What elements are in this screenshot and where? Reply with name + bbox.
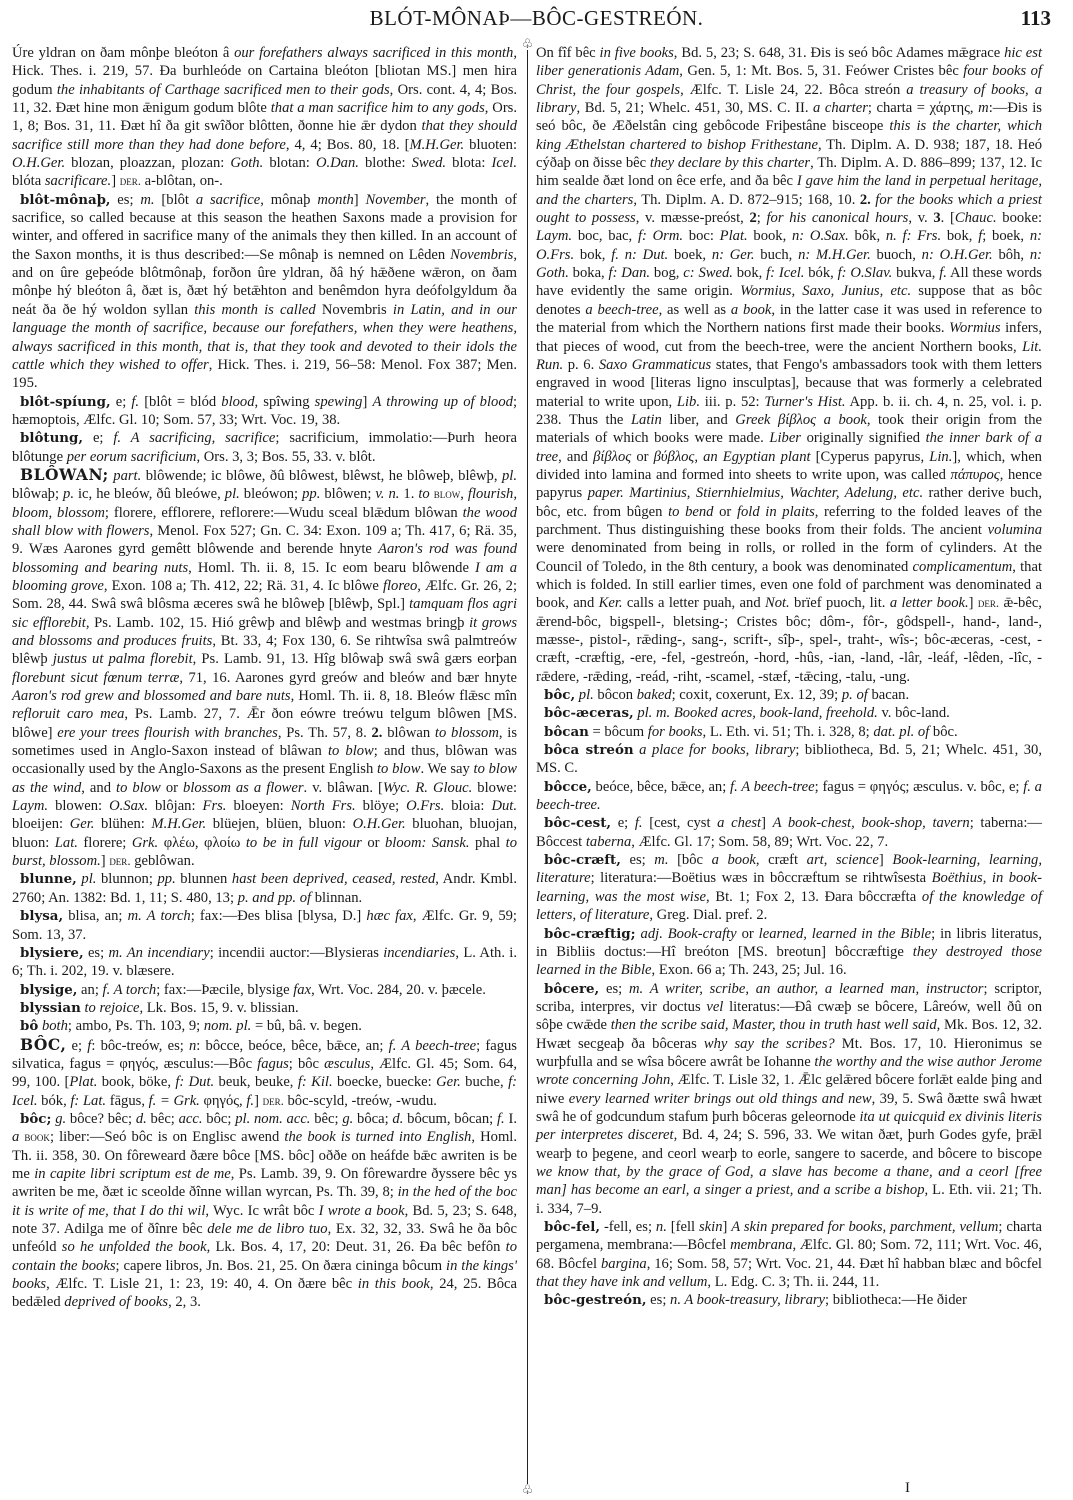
- small-caps-label: book: [24, 1129, 50, 1144]
- italic-gloss: volumina: [988, 522, 1042, 538]
- italic-gloss: Novembris: [450, 247, 513, 263]
- italic-gloss: Latin: [631, 412, 662, 428]
- italic-gloss: m. A writer, scribe, an author, a learne…: [629, 981, 983, 997]
- italic-gloss: pl. nom. acc.: [235, 1111, 310, 1127]
- italic-gloss: that they have ink and vellum: [536, 1274, 707, 1290]
- italic-gloss: a charter: [813, 100, 868, 116]
- italic-gloss: to bend: [668, 504, 713, 520]
- small-caps-label: der.: [978, 595, 999, 610]
- italic-gloss: refloruit caro mea: [12, 706, 124, 722]
- italic-gloss: n. f: Frs.: [886, 228, 941, 244]
- italic-gloss: f. = Grk.: [149, 1093, 200, 1109]
- italic-gloss: M.H.Ger.: [409, 137, 464, 153]
- italic-gloss: c: Swed.: [683, 265, 733, 281]
- italic-gloss: æsculus: [324, 1056, 370, 1072]
- italic-gloss: membrana: [730, 1237, 792, 1253]
- headword: BLÔWAN;: [20, 465, 109, 484]
- italic-gloss: sacrificare.: [45, 173, 111, 189]
- italic-gloss: f: [87, 1038, 91, 1054]
- dictionary-entry: blôtung, e; f. A sacrificing, sacrifice;…: [12, 429, 517, 466]
- italic-gloss: our forefathers always sacrificed in thi…: [234, 45, 513, 61]
- small-caps-label: blow: [434, 486, 461, 501]
- sense-number: 3: [933, 210, 940, 226]
- dictionary-entry: blysige, an; f. A torch; fax:—Þæcile, bl…: [12, 981, 517, 999]
- italic-gloss: d.: [392, 1111, 403, 1127]
- italic-gloss: North Frs.: [291, 798, 356, 814]
- italic-gloss: p. of: [842, 687, 868, 703]
- dictionary-entry: blôt-spíung, e; f. [blôt = blód blood, s…: [12, 393, 517, 430]
- italic-gloss: adj. Book-crafty: [641, 926, 737, 942]
- headword: bôcan: [544, 724, 589, 740]
- headword: bôc-cræftig;: [544, 926, 636, 942]
- italic-gloss: f. A torch: [103, 982, 157, 998]
- italic-gloss: fax: [293, 982, 311, 998]
- headword: blôtung,: [20, 430, 83, 446]
- italic-gloss: Ker.: [599, 595, 623, 611]
- dictionary-entry: bôcce, beóce, bêce, bǣce, an; f. A beech…: [536, 778, 1042, 815]
- italic-gloss: to blow: [377, 761, 420, 777]
- italic-gloss: Greek βίβλος a book: [735, 412, 867, 428]
- italic-gloss: they declare by this charter: [650, 155, 810, 171]
- italic-gloss: we know that, by the grace of God, a sla…: [536, 1164, 1042, 1198]
- italic-gloss: βύβλος, an Egyptian plant: [654, 449, 811, 465]
- italic-gloss: a letter book.: [890, 595, 969, 611]
- italic-gloss: m.: [654, 852, 668, 868]
- italic-gloss: Lat.: [55, 835, 78, 851]
- italic-gloss: d.: [136, 1111, 147, 1127]
- italic-gloss: hæc fax: [366, 908, 412, 924]
- italic-gloss: pp.: [157, 871, 175, 887]
- headword: bôcere,: [544, 981, 599, 997]
- column-divider: [527, 50, 528, 1484]
- italic-gloss: part.: [113, 468, 141, 484]
- italic-gloss: the worthy and the wise author Jerome wr…: [536, 1054, 1042, 1088]
- italic-gloss: A skin prepared for books, parchment, ve…: [731, 1219, 998, 1235]
- continued-entry: On fîf bêc in five books, Bd. 5, 23; S. …: [536, 44, 1042, 686]
- italic-gloss: so he unfolded the book: [62, 1239, 207, 1255]
- continued-entry: Úre yldran on ðam mônþe bleóton â our fo…: [12, 44, 517, 191]
- italic-gloss: to blow: [328, 743, 374, 759]
- italic-gloss: in five books: [600, 45, 674, 61]
- italic-gloss: Lin.: [929, 449, 952, 465]
- headword: bôc-æceras,: [544, 705, 634, 721]
- italic-gloss: ita ut quicquid ex divinis literis per i…: [536, 1109, 1042, 1143]
- italic-gloss: to be in full vigour: [246, 835, 362, 851]
- italic-gloss: f: Dut.: [175, 1074, 214, 1090]
- italic-gloss: per eorum sacrificium: [67, 449, 197, 465]
- dictionary-entry: bôc-cest, e; f. [cest, cyst a chest] A b…: [536, 814, 1042, 851]
- italic-gloss: Lib.: [677, 394, 700, 410]
- italic-gloss: Plat.: [69, 1074, 97, 1090]
- headword: blysa,: [20, 908, 63, 924]
- headword: blôt-spíung,: [20, 394, 111, 410]
- dictionary-entry: bôc-æceras, pl. m. Booked acres, book-la…: [536, 704, 1042, 722]
- headword: bô: [20, 1018, 38, 1034]
- italic-gloss: floreo: [383, 578, 417, 594]
- italic-gloss: in capite libri scriptum est de me: [34, 1166, 231, 1182]
- sense-number: 2.: [371, 725, 382, 741]
- headword: BÔC,: [20, 1035, 66, 1054]
- italic-gloss: acc.: [179, 1111, 203, 1127]
- headword: bôc-cest,: [544, 815, 611, 831]
- italic-gloss: to blow: [116, 780, 161, 796]
- ornament-bottom-icon: ♧: [519, 1483, 536, 1496]
- italic-gloss: taberna: [586, 834, 631, 850]
- italic-gloss: Aaron's rod was found blossoming and bea…: [12, 541, 517, 575]
- dictionary-entry: blyssian to rejoice, Lk. Bos. 15, 9. v. …: [12, 999, 517, 1017]
- italic-gloss: A book-chest, book-shop, tavern: [773, 815, 970, 831]
- italic-gloss: a book: [731, 302, 771, 318]
- italic-gloss: m: [978, 100, 989, 116]
- dictionary-entry: bô both; ambo, Ps. Th. 103, 9; nom. pl. …: [12, 1017, 517, 1035]
- italic-gloss: f.: [131, 394, 139, 410]
- italic-gloss: Laym.: [12, 798, 48, 814]
- italic-gloss: n. A book-treasury, library: [670, 1292, 825, 1308]
- ornament-top-icon: ♧: [519, 37, 536, 50]
- italic-gloss: Ger.: [436, 1074, 461, 1090]
- small-caps-label: der.: [109, 853, 130, 868]
- italic-gloss: n: Ger.: [712, 247, 755, 263]
- italic-gloss: Frs.: [203, 798, 227, 814]
- italic-gloss: this month is called: [194, 302, 316, 318]
- italic-gloss: f.: [246, 1093, 254, 1109]
- italic-gloss: f: Orm.: [638, 228, 683, 244]
- italic-gloss: a beech-tree: [585, 302, 658, 318]
- italic-gloss: a place for books, library: [639, 742, 795, 758]
- italic-gloss: f.: [497, 1111, 505, 1127]
- headword: bôca streón: [544, 742, 634, 758]
- italic-gloss: Laym.: [536, 228, 572, 244]
- italic-gloss: the inhabitants of Carthage sacrificed m…: [57, 82, 390, 98]
- italic-gloss: Liber: [769, 430, 801, 446]
- italic-gloss: f. A sacrificing, sacrifice: [113, 430, 275, 446]
- dictionary-entry: bôc; g. bôce? bêc; d. bêc; acc. bôc; pl.…: [12, 1110, 517, 1312]
- italic-gloss: n: [189, 1038, 196, 1054]
- italic-gloss: f: [978, 228, 982, 244]
- signature-mark: I: [905, 1480, 910, 1497]
- italic-gloss: f. A beech-tree: [389, 1038, 477, 1054]
- italic-gloss: Wormius: [949, 320, 1000, 336]
- italic-gloss: for books: [648, 724, 703, 740]
- headword: bôc-cræft,: [544, 852, 621, 868]
- italic-gloss: n.: [656, 1219, 667, 1235]
- italic-gloss: Wyc. R. Glouc.: [383, 780, 472, 796]
- italic-gloss: pl.: [81, 871, 96, 887]
- italic-gloss: A throwing up of blood: [372, 394, 512, 410]
- italic-gloss: baked: [637, 687, 672, 703]
- dictionary-entry: bôc-gestreón, es; n. A book-treasury, li…: [536, 1291, 1042, 1309]
- italic-gloss: November: [366, 192, 426, 208]
- italic-gloss: Turner's Hist.: [764, 394, 845, 410]
- dictionary-entry: BÔC, e; f: bôc-treów, es; n: bôcce, beóc…: [12, 1036, 517, 1110]
- italic-gloss: that a man sacrifice him to any gods: [271, 100, 485, 116]
- italic-gloss: f: Kil.: [298, 1074, 333, 1090]
- italic-gloss: blossom as a flower: [183, 780, 304, 796]
- dictionary-entry: blysiere, es; m. An incendiary; incendii…: [12, 944, 517, 981]
- italic-gloss: Swed.: [412, 155, 446, 171]
- italic-gloss: O.H.Ger.: [12, 155, 65, 171]
- italic-gloss: Not.: [765, 595, 790, 611]
- dictionary-entry: blunne, pl. blunnon; pp. blunnen hast be…: [12, 870, 517, 907]
- right-column: On fîf bêc in five books, Bd. 5, 23; S. …: [536, 44, 1042, 1310]
- italic-gloss: f: Icel.: [766, 265, 804, 281]
- italic-gloss: incendiaries: [383, 945, 455, 961]
- entry-list: bôc, pl. bôcon baked; coxit, coxerunt, E…: [536, 686, 1042, 1310]
- dictionary-entry: bôc-cræftig; adj. Book-crafty or learned…: [536, 925, 1042, 980]
- italic-gloss: a book: [712, 852, 756, 868]
- italic-gloss: this is the charter, which king Æthelsta…: [536, 118, 1042, 152]
- italic-gloss: f: Lat.: [70, 1093, 106, 1109]
- italic-gloss: bargina: [601, 1256, 647, 1272]
- sense-number: 2.: [860, 192, 871, 208]
- italic-gloss: f. n: Dut.: [611, 247, 668, 263]
- italic-gloss: dele me de libro tuo: [207, 1221, 327, 1237]
- italic-gloss: m. An incendiary: [109, 945, 210, 961]
- italic-gloss: pl.: [225, 486, 240, 502]
- italic-gloss: p. and pp. of: [238, 890, 311, 906]
- italic-gloss: Saxo Grammaticus: [599, 357, 711, 373]
- italic-gloss: Grk.: [132, 835, 158, 851]
- running-head: BLÓT-MÔNAÞ—BÔC-GESTREÓN.: [0, 6, 1073, 31]
- italic-gloss: both: [42, 1018, 68, 1034]
- italic-gloss: a: [12, 1129, 24, 1145]
- italic-gloss: pl.: [579, 687, 594, 703]
- italic-gloss: why say the scribes?: [704, 1036, 835, 1052]
- italic-gloss: n: M.H.Ger.: [798, 247, 871, 263]
- italic-gloss: it grows and blossoms and produces fruit…: [12, 615, 517, 649]
- italic-gloss: deprived of books: [64, 1294, 168, 1310]
- italic-gloss: v. n.: [375, 486, 399, 502]
- italic-gloss: a sacrifice: [196, 192, 260, 208]
- dictionary-entry: blysa, blisa, an; m. A torch; fax:—Ðes b…: [12, 907, 517, 944]
- italic-gloss: f.: [939, 265, 947, 281]
- italic-gloss: in the hed of the boc it is write of me,…: [12, 1184, 517, 1218]
- italic-gloss: a chest: [717, 815, 761, 831]
- headword: bôcce,: [544, 779, 592, 795]
- italic-gloss: art, science: [807, 852, 879, 868]
- headword: bôc-fel,: [544, 1219, 600, 1235]
- small-caps-label: der.: [120, 173, 141, 188]
- italic-gloss: bloom: Sansk.: [385, 835, 470, 851]
- headword: blunne,: [20, 871, 77, 887]
- italic-gloss: n: O.H.Ger.: [922, 247, 993, 263]
- headword: blysige,: [20, 982, 77, 998]
- italic-gloss: pl.: [502, 468, 517, 484]
- dictionary-entry: blôt-mônaþ, es; m. [blôt a sacrifice, mô…: [12, 191, 517, 393]
- italic-gloss: for his canonical hours: [767, 210, 909, 226]
- italic-gloss: O.H.Ger.: [353, 816, 406, 832]
- italic-gloss: n: O.Sax.: [792, 228, 849, 244]
- dictionary-entry: bôcere, es; m. A writer, scribe, an auth…: [536, 980, 1042, 1218]
- headword: blysiere,: [20, 945, 84, 961]
- italic-gloss: ere your trees flourish with branches: [57, 725, 278, 741]
- italic-gloss: in this book: [358, 1276, 430, 1292]
- italic-gloss: M.H.Ger.: [151, 816, 206, 832]
- italic-gloss: Plat.: [720, 228, 748, 244]
- italic-gloss: dat. pl. of: [873, 724, 929, 740]
- headword: bôc-gestreón,: [544, 1292, 647, 1308]
- dictionary-entry: BLÔWAN; part. blôwende; ic blôwe, ðû blô…: [12, 466, 517, 871]
- italic-gloss: learned, learned in the Bible: [759, 926, 931, 942]
- italic-gloss: paper. Martinius, Stiernhielmius, Wachte…: [588, 485, 923, 501]
- dictionary-entry: bôc, pl. bôcon baked; coxit, coxerunt, E…: [536, 686, 1042, 704]
- dictionary-entry: bôca streón a place for books, library; …: [536, 741, 1042, 778]
- italic-gloss: complicamentum: [913, 559, 1013, 575]
- italic-gloss: to rejoice: [84, 1000, 139, 1016]
- italic-gloss: O.Dan.: [316, 155, 359, 171]
- dictionary-entry: bôc-fel, -fell, es; n. [fell skin] A ski…: [536, 1218, 1042, 1291]
- italic-gloss: Aaron's rod grew and blossomed and bare …: [12, 688, 291, 704]
- dictionary-entry: bôc-cræft, es; m. [bôc a book, cræft art…: [536, 851, 1042, 924]
- italic-gloss: O.Sax.: [109, 798, 148, 814]
- italic-gloss: f.: [635, 815, 643, 831]
- headword: bôc,: [544, 687, 575, 703]
- headword: bôc;: [20, 1111, 51, 1127]
- headword: blôt-mônaþ,: [20, 192, 110, 208]
- italic-gloss: βίβλος: [593, 449, 631, 465]
- italic-gloss: to blossom: [435, 725, 499, 741]
- italic-gloss: pp.: [302, 486, 320, 502]
- italic-gloss: Chauc.: [955, 210, 997, 226]
- italic-gloss: vel: [706, 999, 723, 1015]
- sense-number: 2: [749, 210, 756, 226]
- italic-gloss: florebunt sicut fœnum terræ: [12, 670, 179, 686]
- italic-gloss: justus ut palma florebit: [53, 651, 193, 667]
- italic-gloss: I wrote a book: [319, 1203, 405, 1219]
- italic-gloss: pl. m. Booked acres, book-land, freehold…: [637, 705, 877, 721]
- italic-gloss: they destroyed those learned in the Bibl…: [536, 944, 1042, 978]
- italic-gloss: g.: [55, 1111, 66, 1127]
- italic-gloss: month: [317, 192, 353, 208]
- italic-gloss: f: O.Slav.: [838, 265, 893, 281]
- italic-gloss: spewing: [315, 394, 363, 410]
- italic-gloss: p.: [63, 486, 74, 502]
- italic-gloss: fold in plaits: [737, 504, 815, 520]
- italic-gloss: Wormius, Saxo, Junius, etc.: [740, 283, 911, 299]
- dictionary-entry: bôcan = bôcum for books, L. Eth. vi. 51;…: [536, 723, 1042, 741]
- italic-gloss: πάπυρος: [951, 467, 1000, 483]
- italic-gloss: hast been deprived, ceased, rested: [232, 871, 435, 887]
- headword: blyssian: [20, 1000, 81, 1016]
- page-number: 113: [1021, 6, 1051, 31]
- italic-gloss: blood: [221, 394, 254, 410]
- entry-list: blôt-mônaþ, es; m. [blôt a sacrifice, mô…: [12, 191, 517, 1312]
- small-caps-label: der.: [263, 1093, 284, 1108]
- italic-gloss: tamquam flos agri sic efflorebit: [12, 596, 517, 630]
- page-header: BLÓT-MÔNAÞ—BÔC-GESTREÓN. 113: [0, 6, 1073, 36]
- italic-gloss: O.Frs.: [406, 798, 444, 814]
- italic-gloss: f. A beech-tree: [730, 779, 815, 795]
- italic-gloss: then the scribe said, Master, thou in tr…: [611, 1017, 937, 1033]
- italic-gloss: m.: [140, 192, 154, 208]
- italic-gloss: skin: [699, 1219, 723, 1235]
- italic-gloss: f: Dan.: [609, 265, 651, 281]
- italic-gloss: fagus: [257, 1056, 289, 1072]
- italic-gloss: nom. pl.: [204, 1018, 251, 1034]
- italic-gloss: Dut.: [491, 798, 517, 814]
- italic-gloss: Icel.: [491, 155, 517, 171]
- italic-gloss: m. A torch: [128, 908, 191, 924]
- left-column: Úre yldran on ðam mônþe bleóton â our fo…: [12, 44, 517, 1312]
- italic-gloss: Goth.: [230, 155, 263, 171]
- italic-gloss: Ger.: [70, 816, 95, 832]
- italic-gloss: to: [418, 486, 433, 502]
- italic-gloss: g.: [342, 1111, 353, 1127]
- italic-gloss: every learned writer brings out old thin…: [569, 1091, 872, 1107]
- italic-gloss: the book is turned into English: [284, 1129, 471, 1145]
